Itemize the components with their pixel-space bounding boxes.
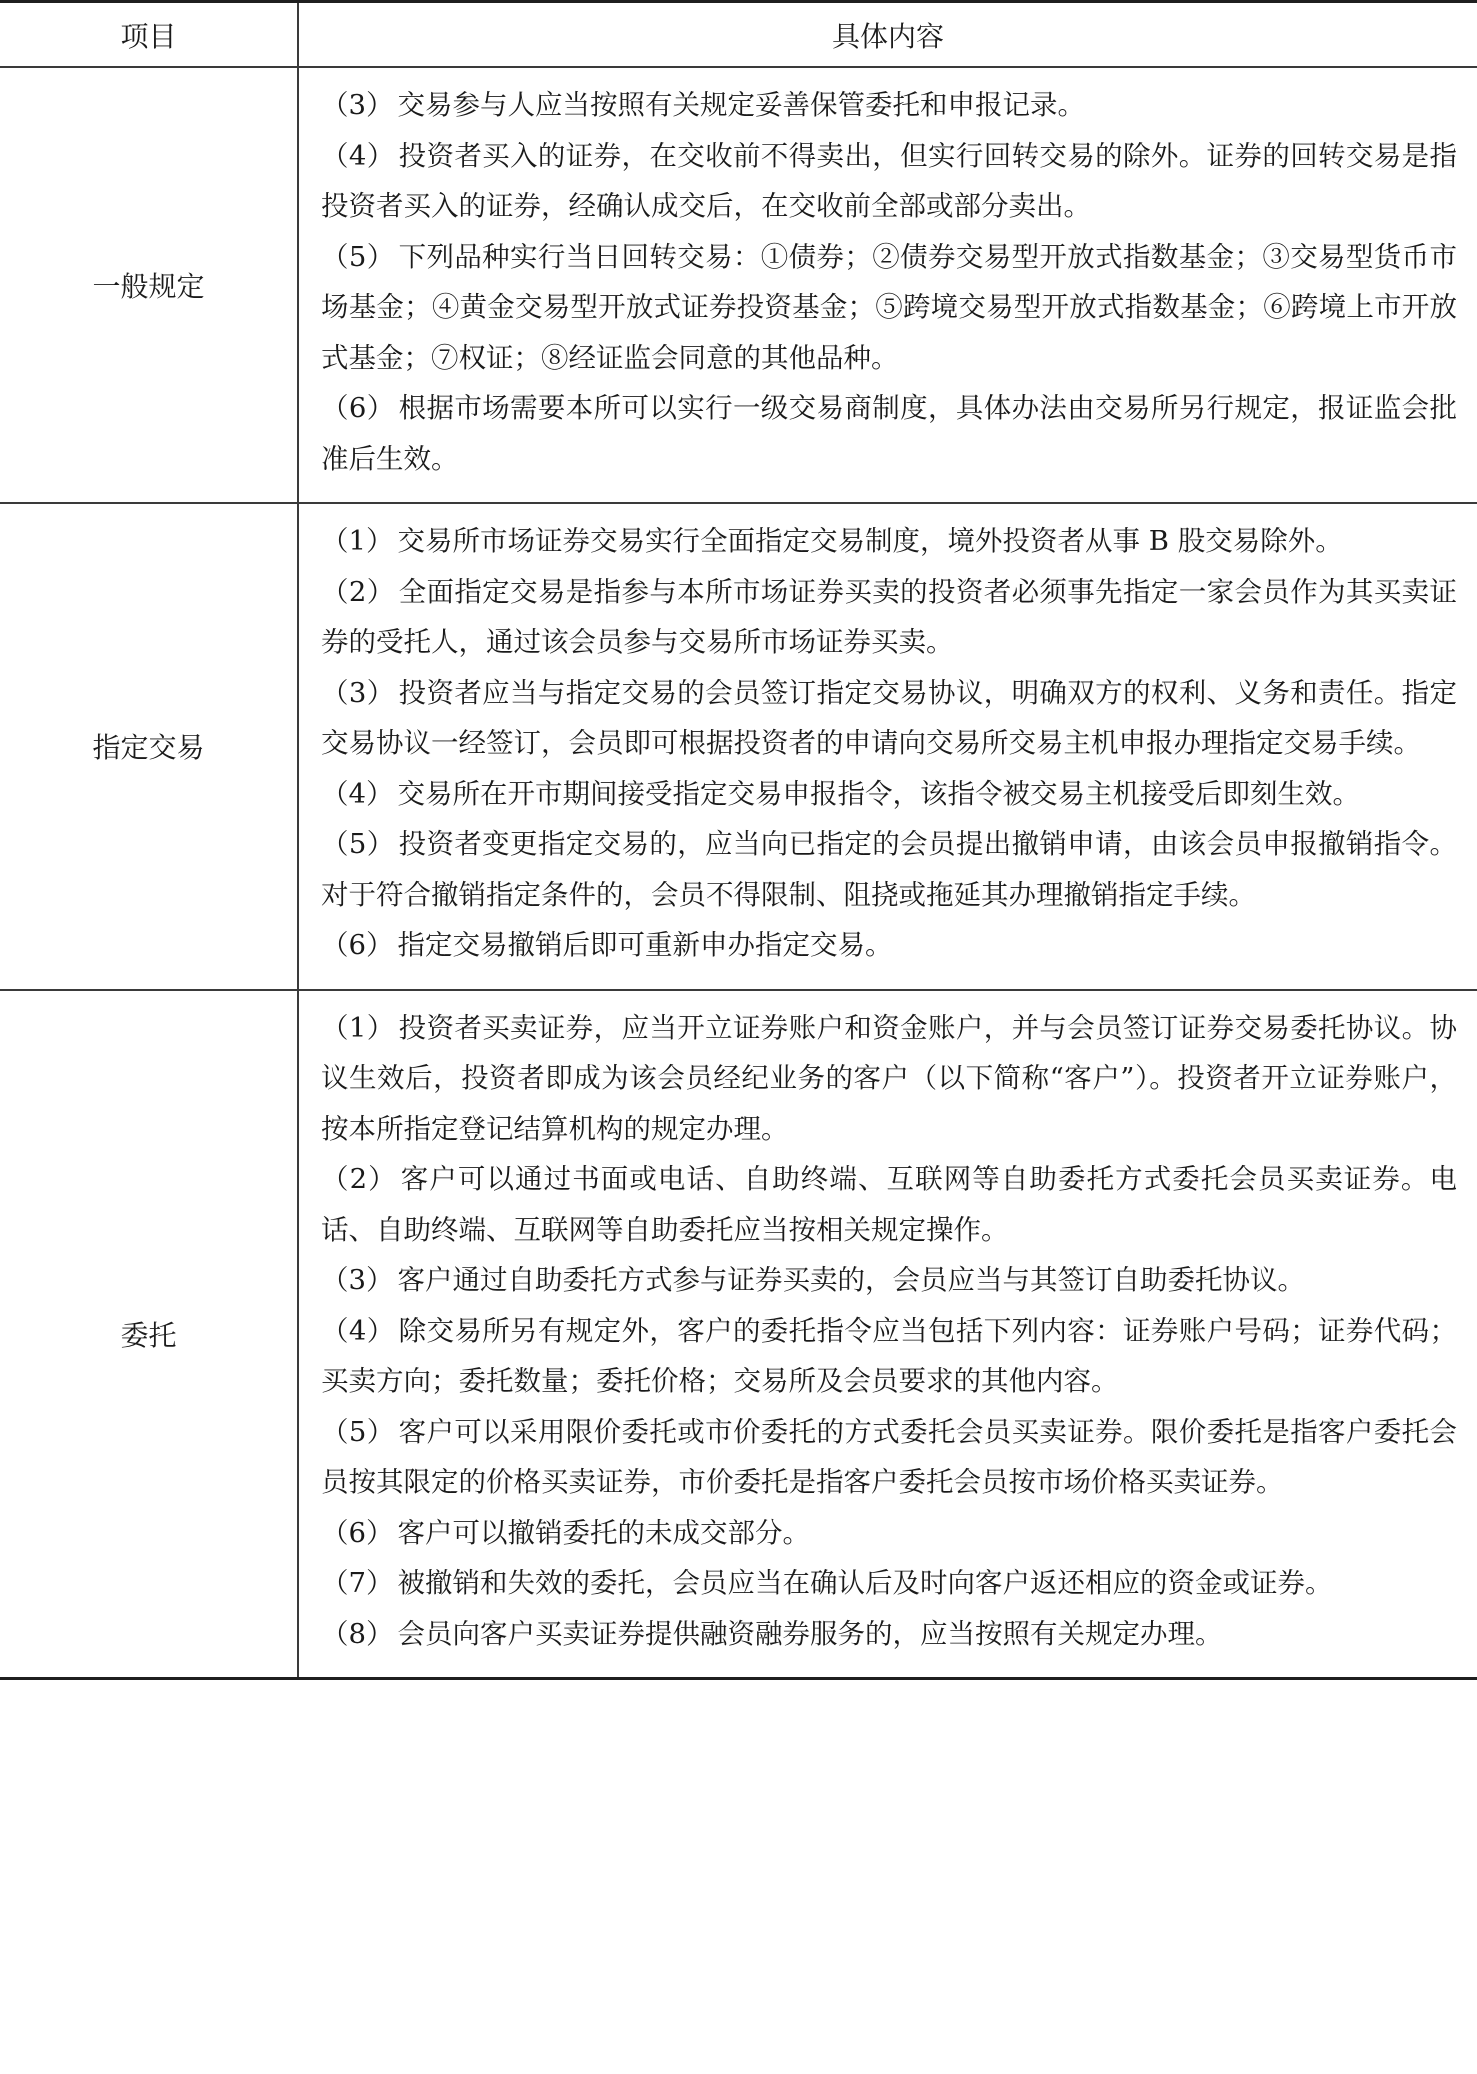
section-content: （1）投资者买卖证券，应当开立证券账户和资金账户，并与会员签订证券交易委托协议。… — [298, 990, 1477, 1679]
section-content: （1）交易所市场证券交易实行全面指定交易制度，境外投资者从事 B 股交易除外。 … — [298, 503, 1477, 990]
section-content: （3）交易参与人应当按照有关规定妥善保管委托和申报记录。 （4）投资者买入的证券… — [298, 67, 1477, 503]
clause: （2）客户可以通过书面或电话、自助终端、互联网等自助委托方式委托会员买卖证券。电… — [321, 1154, 1457, 1255]
clause-number: （6） — [321, 929, 394, 961]
clause-number: （5） — [321, 241, 395, 273]
clause-number: （8） — [321, 1618, 394, 1650]
clause-number: （1） — [321, 525, 394, 557]
clause-text: 交易所市场证券交易实行全面指定交易制度，境外投资者从事 B 股交易除外。 — [398, 525, 1343, 557]
clause-number: （5） — [321, 828, 395, 860]
clause-text: 被撤销和失效的委托，会员应当在确认后及时向客户返还相应的资金或证券。 — [398, 1567, 1333, 1599]
clause-number: （4） — [321, 778, 394, 810]
clause-text: 全面指定交易是指参与本所市场证券买卖的投资者必须事先指定一家会员作为其买卖证券的… — [321, 576, 1457, 659]
clause-number: （7） — [321, 1567, 394, 1599]
clause-text: 投资者应当与指定交易的会员签订指定交易协议，明确双方的权利、义务和责任。指定交易… — [321, 677, 1457, 760]
clause-text: 下列品种实行当日回转交易：①债券；②债券交易型开放式指数基金；③交易型货币市场基… — [321, 241, 1457, 374]
clause-text: 客户可以撤销委托的未成交部分。 — [398, 1517, 811, 1549]
clause-text: 会员向客户买卖证券提供融资融券服务的，应当按照有关规定办理。 — [398, 1618, 1223, 1650]
clause: （6）客户可以撤销委托的未成交部分。 — [321, 1508, 1457, 1559]
clause-text: 除交易所另有规定外，客户的委托指令应当包括下列内容：证券账户号码；证券代码；买卖… — [321, 1315, 1457, 1398]
clause-number: （6） — [321, 1517, 394, 1549]
clause-text: 根据市场需要本所可以实行一级交易商制度，具体办法由交易所另行规定，报证监会批准后… — [321, 392, 1457, 475]
clause-text: 投资者买卖证券，应当开立证券账户和资金账户，并与会员签订证券交易委托协议。协议生… — [321, 1012, 1457, 1145]
clause: （6）根据市场需要本所可以实行一级交易商制度，具体办法由交易所另行规定，报证监会… — [321, 383, 1457, 484]
clause-text: 投资者变更指定交易的，应当向已指定的会员提出撤销申请，由该会员申报撤销指令。对于… — [321, 828, 1457, 911]
clause: （8）会员向客户买卖证券提供融资融券服务的，应当按照有关规定办理。 — [321, 1609, 1457, 1660]
clause: （3）投资者应当与指定交易的会员签订指定交易协议，明确双方的权利、义务和责任。指… — [321, 668, 1457, 769]
clause: （4）交易所在开市期间接受指定交易申报指令，该指令被交易主机接受后即刻生效。 — [321, 769, 1457, 820]
section-title: 一般规定 — [0, 67, 298, 503]
table-row-designated-trading: 指定交易 （1）交易所市场证券交易实行全面指定交易制度，境外投资者从事 B 股交… — [0, 503, 1477, 990]
clause: （4）投资者买入的证券，在交收前不得卖出，但实行回转交易的除外。证券的回转交易是… — [321, 131, 1457, 232]
clause-text: 客户可以通过书面或电话、自助终端、互联网等自助委托方式委托会员买卖证券。电话、自… — [321, 1163, 1457, 1246]
table-header: 项目 具体内容 — [0, 2, 1477, 68]
section-title: 指定交易 — [0, 503, 298, 990]
clause-text: 投资者买入的证券，在交收前不得卖出，但实行回转交易的除外。证券的回转交易是指投资… — [321, 140, 1457, 223]
table-row-general-rules: 一般规定 （3）交易参与人应当按照有关规定妥善保管委托和申报记录。 （4）投资者… — [0, 67, 1477, 503]
clause: （2）全面指定交易是指参与本所市场证券买卖的投资者必须事先指定一家会员作为其买卖… — [321, 567, 1457, 668]
clause: （1）交易所市场证券交易实行全面指定交易制度，境外投资者从事 B 股交易除外。 — [321, 516, 1457, 567]
clause: （1）投资者买卖证券，应当开立证券账户和资金账户，并与会员签订证券交易委托协议。… — [321, 1003, 1457, 1155]
table-row-entrustment: 委托 （1）投资者买卖证券，应当开立证券账户和资金账户，并与会员签订证券交易委托… — [0, 990, 1477, 1679]
clause-number: （6） — [321, 392, 395, 424]
rules-table: 项目 具体内容 一般规定 （3）交易参与人应当按照有关规定妥善保管委托和申报记录… — [0, 0, 1477, 1680]
clause: （3）交易参与人应当按照有关规定妥善保管委托和申报记录。 — [321, 80, 1457, 131]
clause-text: 客户通过自助委托方式参与证券买卖的，会员应当与其签订自助委托协议。 — [398, 1264, 1306, 1296]
clause-number: （3） — [321, 677, 395, 709]
header-item: 项目 — [0, 2, 298, 68]
clause-text: 交易参与人应当按照有关规定妥善保管委托和申报记录。 — [398, 89, 1086, 121]
clause-number: （4） — [321, 1315, 395, 1347]
clause: （4）除交易所另有规定外，客户的委托指令应当包括下列内容：证券账户号码；证券代码… — [321, 1306, 1457, 1407]
clause: （5）下列品种实行当日回转交易：①债券；②债券交易型开放式指数基金；③交易型货币… — [321, 232, 1457, 384]
clause-number: （4） — [321, 140, 395, 172]
header-row: 项目 具体内容 — [0, 2, 1477, 68]
section-title: 委托 — [0, 990, 298, 1679]
clause-number: （2） — [321, 1163, 397, 1195]
clause: （3）客户通过自助委托方式参与证券买卖的，会员应当与其签订自助委托协议。 — [321, 1255, 1457, 1306]
clause: （6）指定交易撤销后即可重新申办指定交易。 — [321, 920, 1457, 971]
clause: （5）投资者变更指定交易的，应当向已指定的会员提出撤销申请，由该会员申报撤销指令… — [321, 819, 1457, 920]
clause-number: （3） — [321, 89, 394, 121]
clause-text: 客户可以采用限价委托或市价委托的方式委托会员买卖证券。限价委托是指客户委托会员按… — [321, 1416, 1457, 1499]
clause-number: （1） — [321, 1012, 395, 1044]
clause-number: （2） — [321, 576, 395, 608]
clause-number: （3） — [321, 1264, 394, 1296]
clause-text: 指定交易撤销后即可重新申办指定交易。 — [398, 929, 893, 961]
header-content: 具体内容 — [298, 2, 1477, 68]
clause: （7）被撤销和失效的委托，会员应当在确认后及时向客户返还相应的资金或证券。 — [321, 1558, 1457, 1609]
clause: （5）客户可以采用限价委托或市价委托的方式委托会员买卖证券。限价委托是指客户委托… — [321, 1407, 1457, 1508]
clause-number: （5） — [321, 1416, 395, 1448]
clause-text: 交易所在开市期间接受指定交易申报指令，该指令被交易主机接受后即刻生效。 — [398, 778, 1361, 810]
